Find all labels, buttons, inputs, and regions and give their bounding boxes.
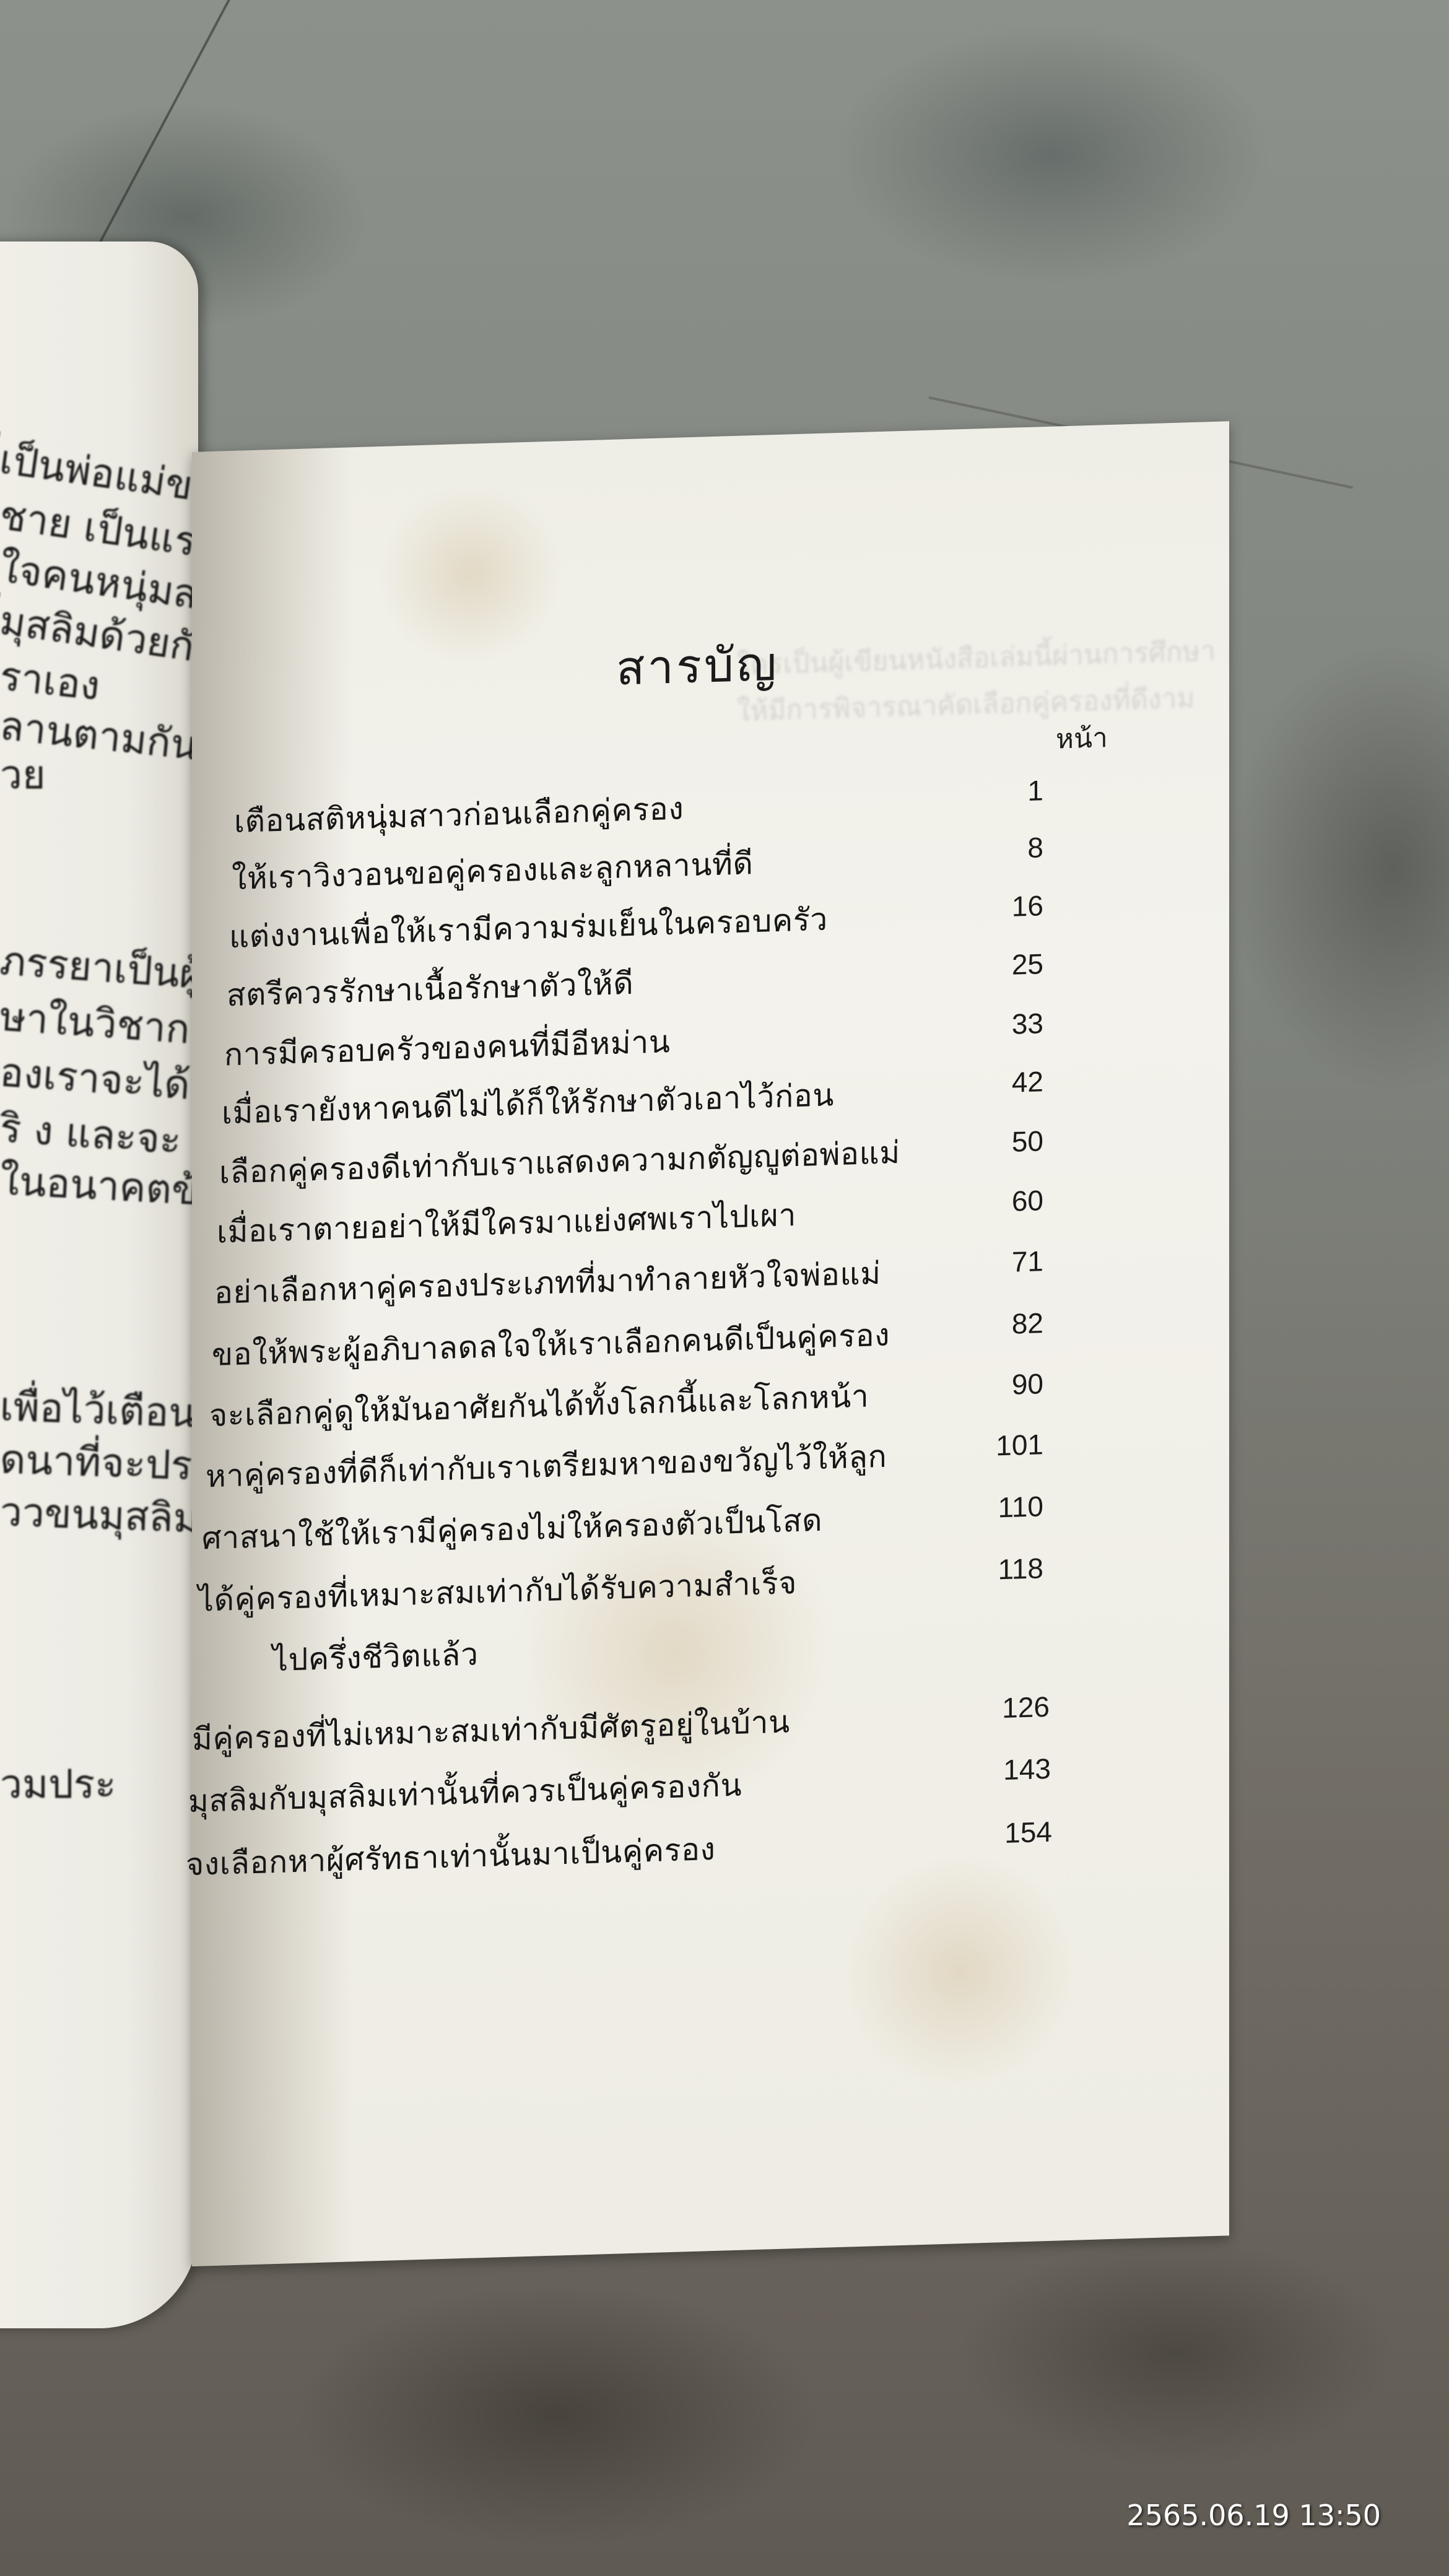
- toc-entry-title: ไปครึ่งชีวิตแล้ว: [272, 1630, 479, 1685]
- toc-entry-page: 154: [1004, 1815, 1052, 1850]
- left-page-text: วมประ: [0, 1752, 116, 1816]
- toc-entry-page: 110: [998, 1489, 1043, 1524]
- toc-entry-page: 42: [1012, 1064, 1043, 1099]
- toc-entry-page: 33: [1012, 1006, 1043, 1041]
- toc-entry-page: 60: [1012, 1183, 1043, 1218]
- toc-entry-page: 143: [1003, 1752, 1051, 1786]
- paper-stain: [378, 478, 563, 669]
- toc-entry-page: 101: [996, 1427, 1043, 1462]
- toc-entry-page: 126: [1002, 1690, 1050, 1725]
- floor-crack: [85, 0, 239, 268]
- bleed-through-text: ให้มีการพิจารณาคัดเลือกคู่ครองที่ดีงาม: [737, 676, 1194, 733]
- paper-stain: [842, 1850, 1077, 2092]
- toc-page: ใครเป็นผู้เขียนหนังสือเล่มนี้ผ่านการศึกษ…: [192, 421, 1229, 2266]
- toc-entry-page: 118: [998, 1551, 1043, 1586]
- toc-entry-page: 71: [1012, 1244, 1043, 1279]
- photo-timestamp: 2565.06.19 13:50: [1126, 2499, 1381, 2532]
- toc-entry-page: 25: [1012, 947, 1043, 981]
- page-title: สารบัญ: [616, 627, 779, 706]
- left-page-text: วย: [0, 743, 45, 806]
- left-page: ่เป็นพ่อแม่ของ ชาย เป็นแรงกัน ใจคนหนุ่มส…: [0, 241, 198, 2328]
- toc-entry-page: 16: [1012, 889, 1043, 923]
- toc-entry-page: 50: [1012, 1124, 1043, 1159]
- left-page-text: ในอนาคตข้า: [0, 1149, 198, 1224]
- toc-entry-page: 90: [1012, 1367, 1043, 1401]
- toc-entry-page: 1: [1027, 773, 1043, 807]
- toc-entry-page: 82: [1012, 1306, 1043, 1341]
- left-page-text: ววขนมุสลิม: [0, 1480, 198, 1550]
- toc-entry-page: 8: [1027, 830, 1043, 864]
- page-column-header: หน้า: [1056, 716, 1108, 760]
